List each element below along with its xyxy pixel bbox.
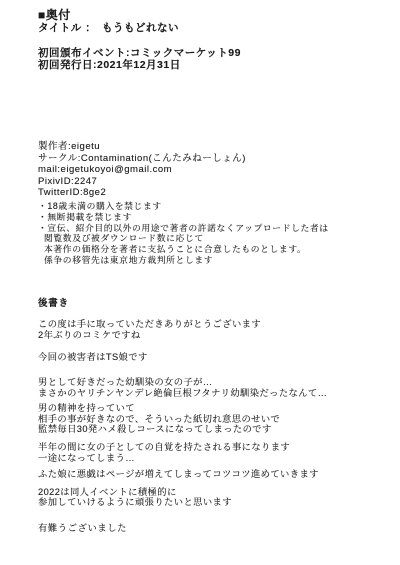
colophon-page: ■奥付 タイトル ： もうもどれない 初回頒布イベント:コミックマーケット99 … xyxy=(0,0,400,565)
colophon-heading: ■奥付 xyxy=(38,8,390,22)
afterword-paragraph: 今回の被害者はTS娘です xyxy=(38,352,390,363)
credit-line-circle: サークル:Contamination(こんたみねーしょん) xyxy=(38,153,390,165)
event-line: 初回頒布イベント:コミックマーケット99 xyxy=(38,47,390,59)
legal-notices: ・18歳未満の購入を禁じます ・無断掲載を禁じます ・宣伝、紹介目的以外の用途で… xyxy=(38,201,390,266)
afterword-line: まさかのヤリチンヤンデレ絶倫巨根フタナリ幼馴染だったなんて… xyxy=(38,388,390,399)
release-info: 初回頒布イベント:コミックマーケット99 初回発行日:2021年12月31日 xyxy=(38,47,390,71)
notice-line: ・宣伝、紹介目的以外の用途で著者の許諾なくアップロードした者は xyxy=(38,223,390,234)
title-line: タイトル ： もうもどれない xyxy=(38,22,390,35)
credit-line-pixiv: PixivID:2247 xyxy=(38,176,390,188)
afterword-line: ふた娘に悪戯はページが増えてしまってコツコツ進めていきます xyxy=(38,469,390,480)
afterword-line: この度は手に取っていただきありがとうございます xyxy=(38,319,390,330)
credit-line-twitter: TwitterID:8ge2 xyxy=(38,187,390,199)
date-line: 初回発行日:2021年12月31日 xyxy=(38,59,390,71)
afterword-heading: 後書き xyxy=(38,298,390,309)
afterword-paragraph: 男として好きだった幼馴染の女の子が… まさかのヤリチンヤンデレ絶倫巨根フタナリ幼… xyxy=(38,377,390,399)
afterword-paragraph: 男の精神を持っていて 相手の事が好きなので、そういった紙切れ意思のせいで 監禁毎… xyxy=(38,403,390,435)
afterword-paragraph: 2022は同人イベントに積極的に 参加していけるように頑張りたいと思います xyxy=(38,487,390,509)
notice-line: ・18歳未満の購入を禁じます xyxy=(38,201,390,212)
credit-line-mail: mail:eigetukoyoi@gmail.com xyxy=(38,164,390,176)
afterword-line: 相手の事が好きなので、そういった紙切れ意思のせいで xyxy=(38,414,390,425)
closing-line: 有難うございました xyxy=(38,523,390,534)
notice-line: ・無断掲載を禁じます xyxy=(38,212,390,223)
notice-line: 係争の移管先は東京地方裁判所とします xyxy=(38,255,390,266)
afterword-line: 2年ぶりのコミケですね xyxy=(38,330,390,341)
afterword-paragraph: この度は手に取っていただきありがとうございます 2年ぶりのコミケですね xyxy=(38,319,390,341)
afterword-line: 男として好きだった幼馴染の女の子が… xyxy=(38,377,390,388)
afterword-line: 一途になってしまう… xyxy=(38,453,390,464)
notice-line: 本著作の価格分を著者に支払うことに合意したものとします。 xyxy=(38,244,390,255)
credits: 製作者:eigetu サークル:Contamination(こんたみねーしょん)… xyxy=(38,141,390,199)
notice-line: 閲覧数及び被ダウンロード数に応じて xyxy=(38,233,390,244)
afterword-line: 2022は同人イベントに積極的に xyxy=(38,487,390,498)
afterword-line: 今回の被害者はTS娘です xyxy=(38,352,390,363)
afterword-line: 監禁毎日30発ハメ殺しコースになってしまったのです xyxy=(38,424,390,435)
afterword-paragraph: 半年の間に女の子としての自覚を持たされる事になります 一途になってしまう… xyxy=(38,442,390,464)
afterword-line: 半年の間に女の子としての自覚を持たされる事になります xyxy=(38,442,390,453)
credit-line-author: 製作者:eigetu xyxy=(38,141,390,153)
afterword-line: 男の精神を持っていて xyxy=(38,403,390,414)
afterword-paragraph: ふた娘に悪戯はページが増えてしまってコツコツ進めていきます xyxy=(38,469,390,480)
afterword-line: 参加していけるように頑張りたいと思います xyxy=(38,497,390,508)
